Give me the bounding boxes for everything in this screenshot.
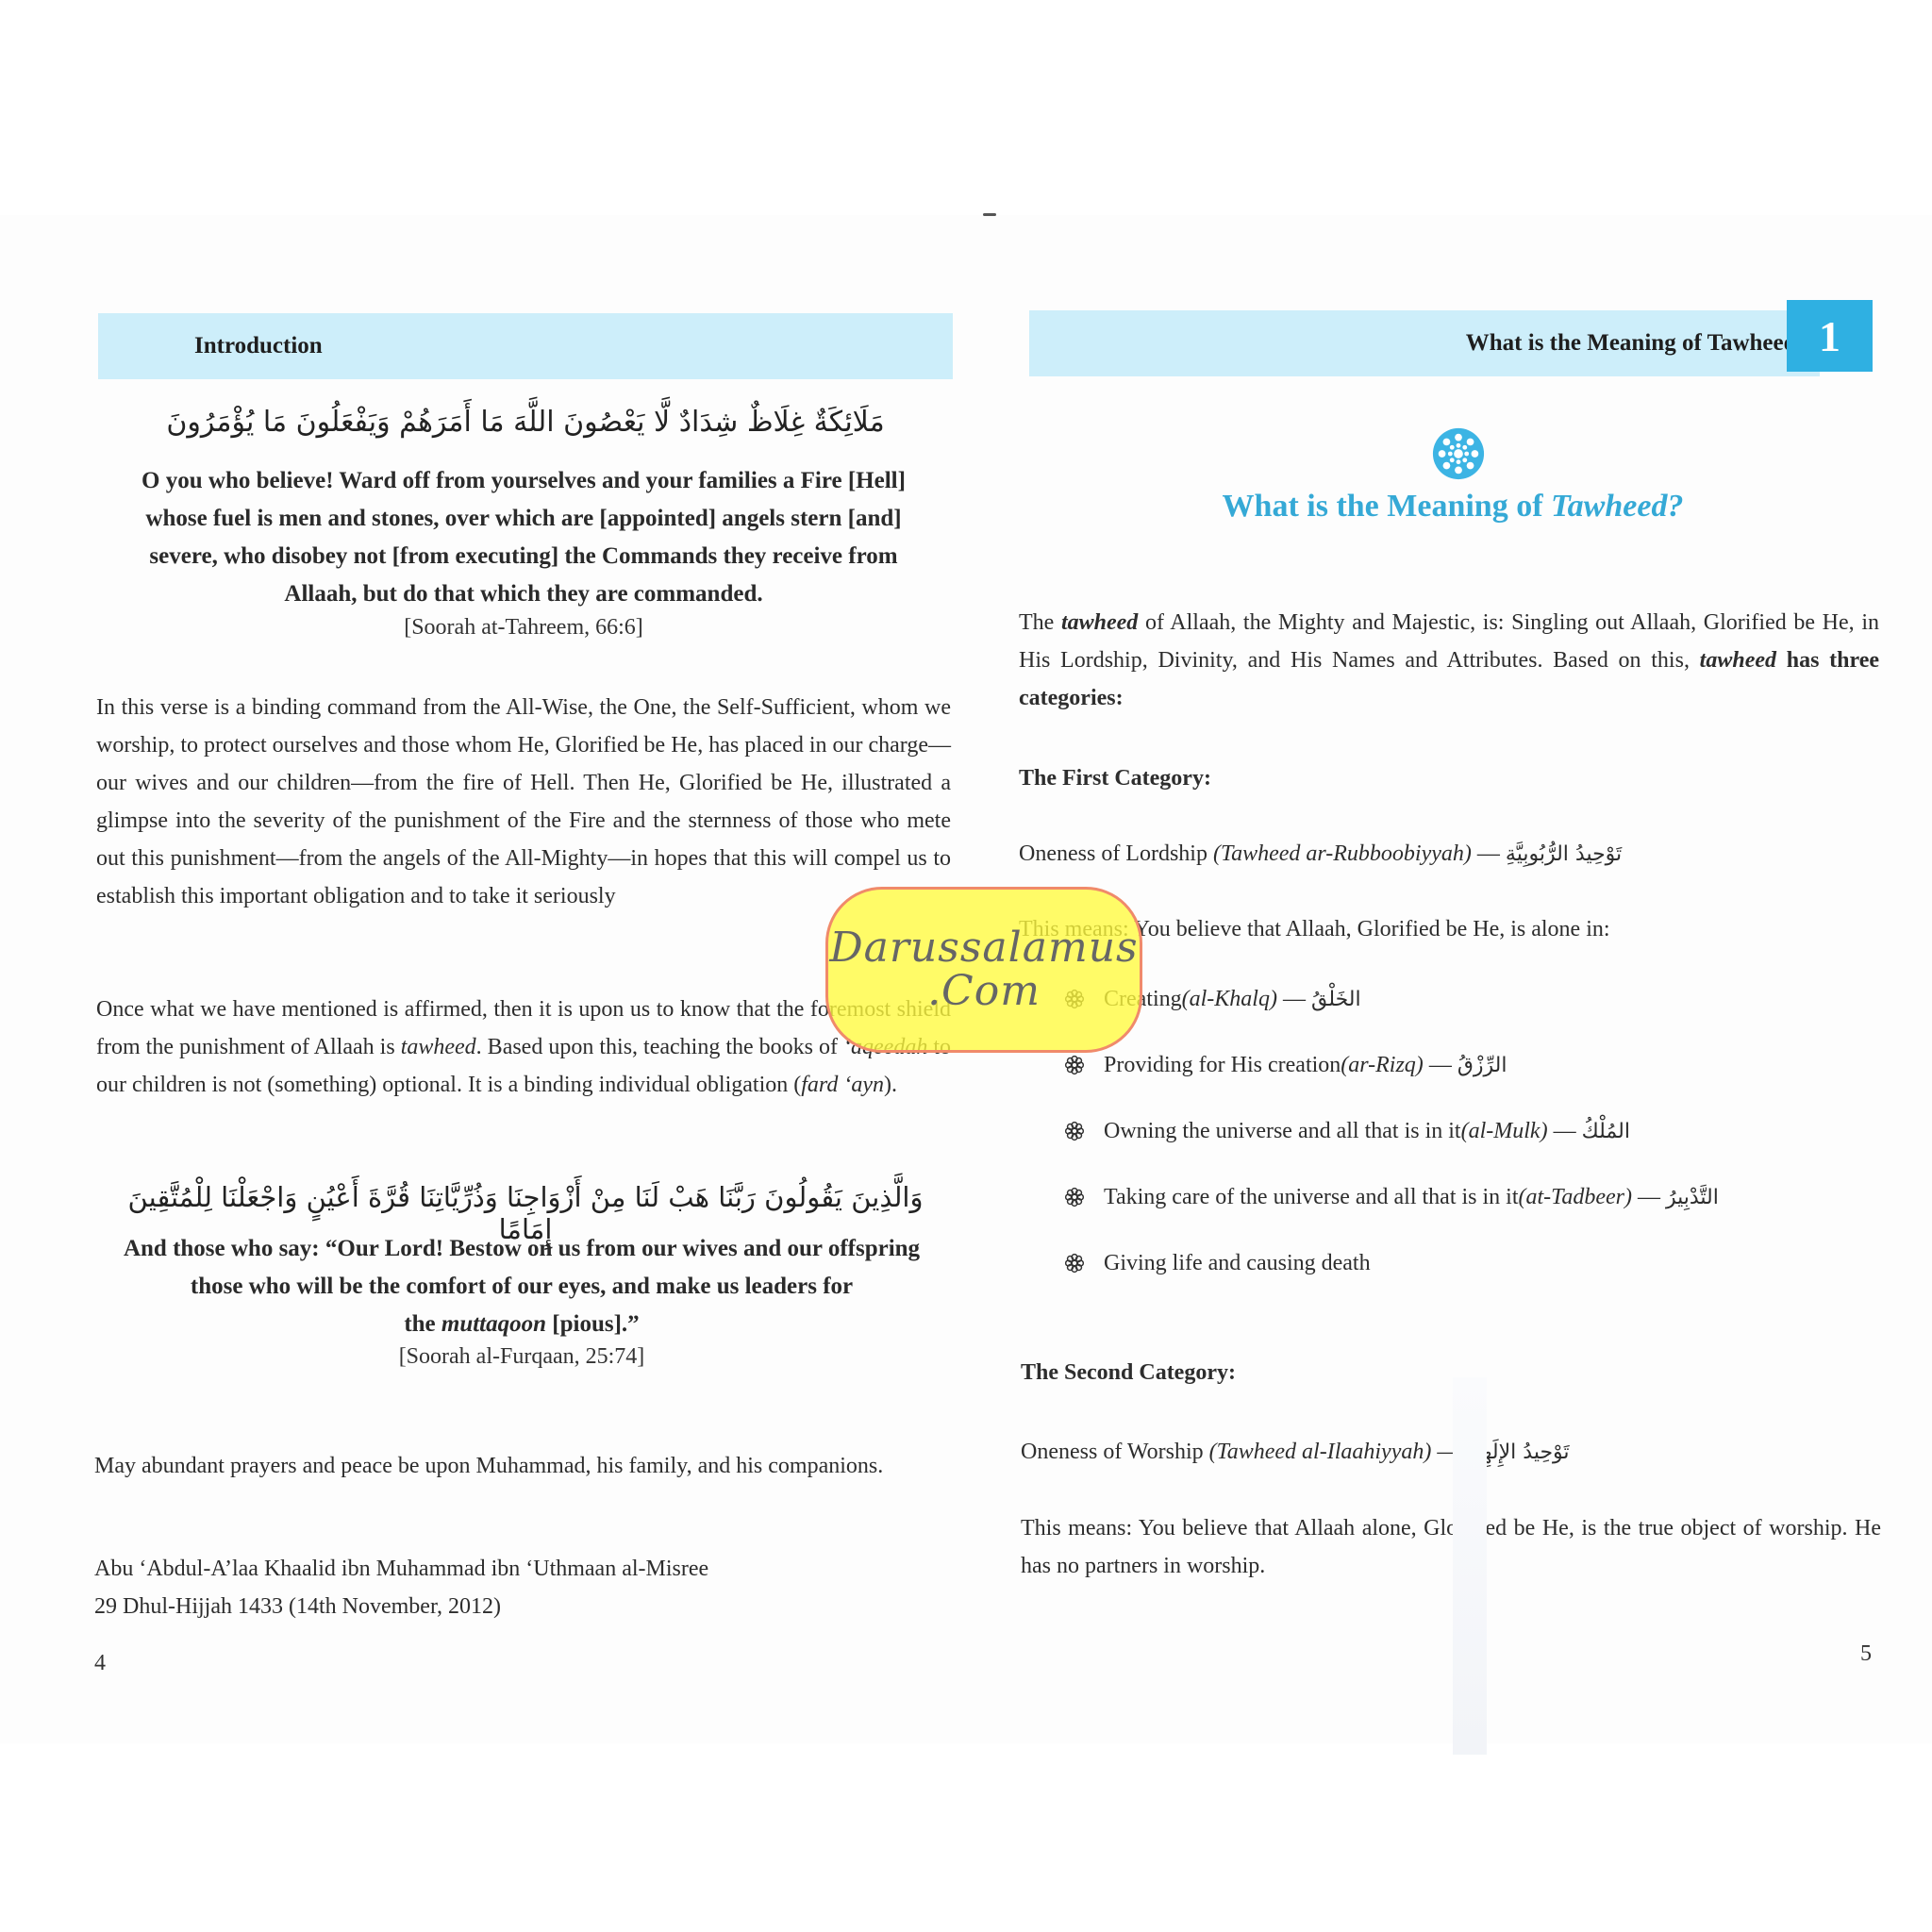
body-paragraph: In this verse is a binding command from … [96, 689, 951, 915]
page-number: 5 [1860, 1641, 1872, 1667]
rosette-ornament-icon [1431, 426, 1486, 481]
chapter-header-title: What is the Meaning of Tawheed? [1466, 330, 1808, 357]
lordship-list: Creating (al-Khalq) — الخَلْقُProviding … [1064, 966, 1875, 1296]
category-name: Oneness of Worship (Tawheed al-Ilaahiyya… [1021, 1440, 1570, 1465]
category-name: Oneness of Lordship (Tawheed ar-Rubboobi… [1019, 841, 1622, 867]
rosette-bullet-icon [1064, 1187, 1085, 1207]
list-item: Creating (al-Khalq) — الخَلْقُ [1064, 966, 1875, 1032]
verse-translation: O you who believe! Ward off from yoursel… [94, 462, 953, 613]
rosette-bullet-icon [1064, 1253, 1085, 1274]
chapter-header-band: What is the Meaning of Tawheed? [1029, 310, 1820, 376]
section-header-title: Introduction [194, 333, 323, 359]
verse-reference: [Soorah at-Tahreem, 66:6] [94, 615, 953, 641]
category-description: This means: You believe that Allaah alon… [1021, 1509, 1881, 1585]
list-item: Taking care of the universe and all that… [1064, 1164, 1875, 1230]
list-item: Owning the universe and all that is in i… [1064, 1098, 1875, 1164]
list-item: Giving life and causing death [1064, 1230, 1875, 1296]
date-line: 29 Dhul-Hijjah 1433 (14th November, 2012… [94, 1594, 501, 1620]
author-name: Abu ‘Abdul-A’laa Khaalid ibn Muhammad ib… [94, 1557, 708, 1582]
page-shadow [1453, 1377, 1487, 1755]
chapter-number-badge: 1 [1787, 300, 1873, 372]
section-header-band: Introduction [98, 313, 953, 379]
watermark-line-1: Darussalamus [829, 926, 1138, 970]
rosette-bullet-icon [1064, 1121, 1085, 1141]
category-heading: The Second Category: [1021, 1360, 1236, 1386]
list-item: Providing for His creation (ar-Rizq) — ا… [1064, 1032, 1875, 1098]
watermark-badge: Darussalamus .Com [825, 887, 1142, 1053]
body-paragraph: Once what we have mentioned is affirmed,… [96, 991, 951, 1104]
left-page: Introduction مَلَائِكَةٌ غِلَاظٌ شِدَادٌ… [0, 215, 962, 1743]
arabic-verse: مَلَائِكَةٌ غِلَاظٌ شِدَادٌ لَّا يَعْصُو… [98, 406, 953, 439]
body-paragraph: May abundant prayers and peace be upon M… [94, 1447, 951, 1485]
rosette-bullet-icon [1064, 1055, 1085, 1075]
category-heading: The First Category: [1019, 766, 1211, 791]
verse-translation: And those who say: “Our Lord! Bestow on … [91, 1230, 953, 1343]
chapter-title: What is the Meaning of Tawheed? [1019, 489, 1887, 525]
page-number: 4 [94, 1651, 106, 1676]
intro-paragraph: The tawheed of Allaah, the Mighty and Ma… [1019, 604, 1879, 717]
verse-reference: [Soorah al-Furqaan, 25:74] [91, 1344, 953, 1370]
watermark-line-2: .Com [927, 970, 1041, 1013]
